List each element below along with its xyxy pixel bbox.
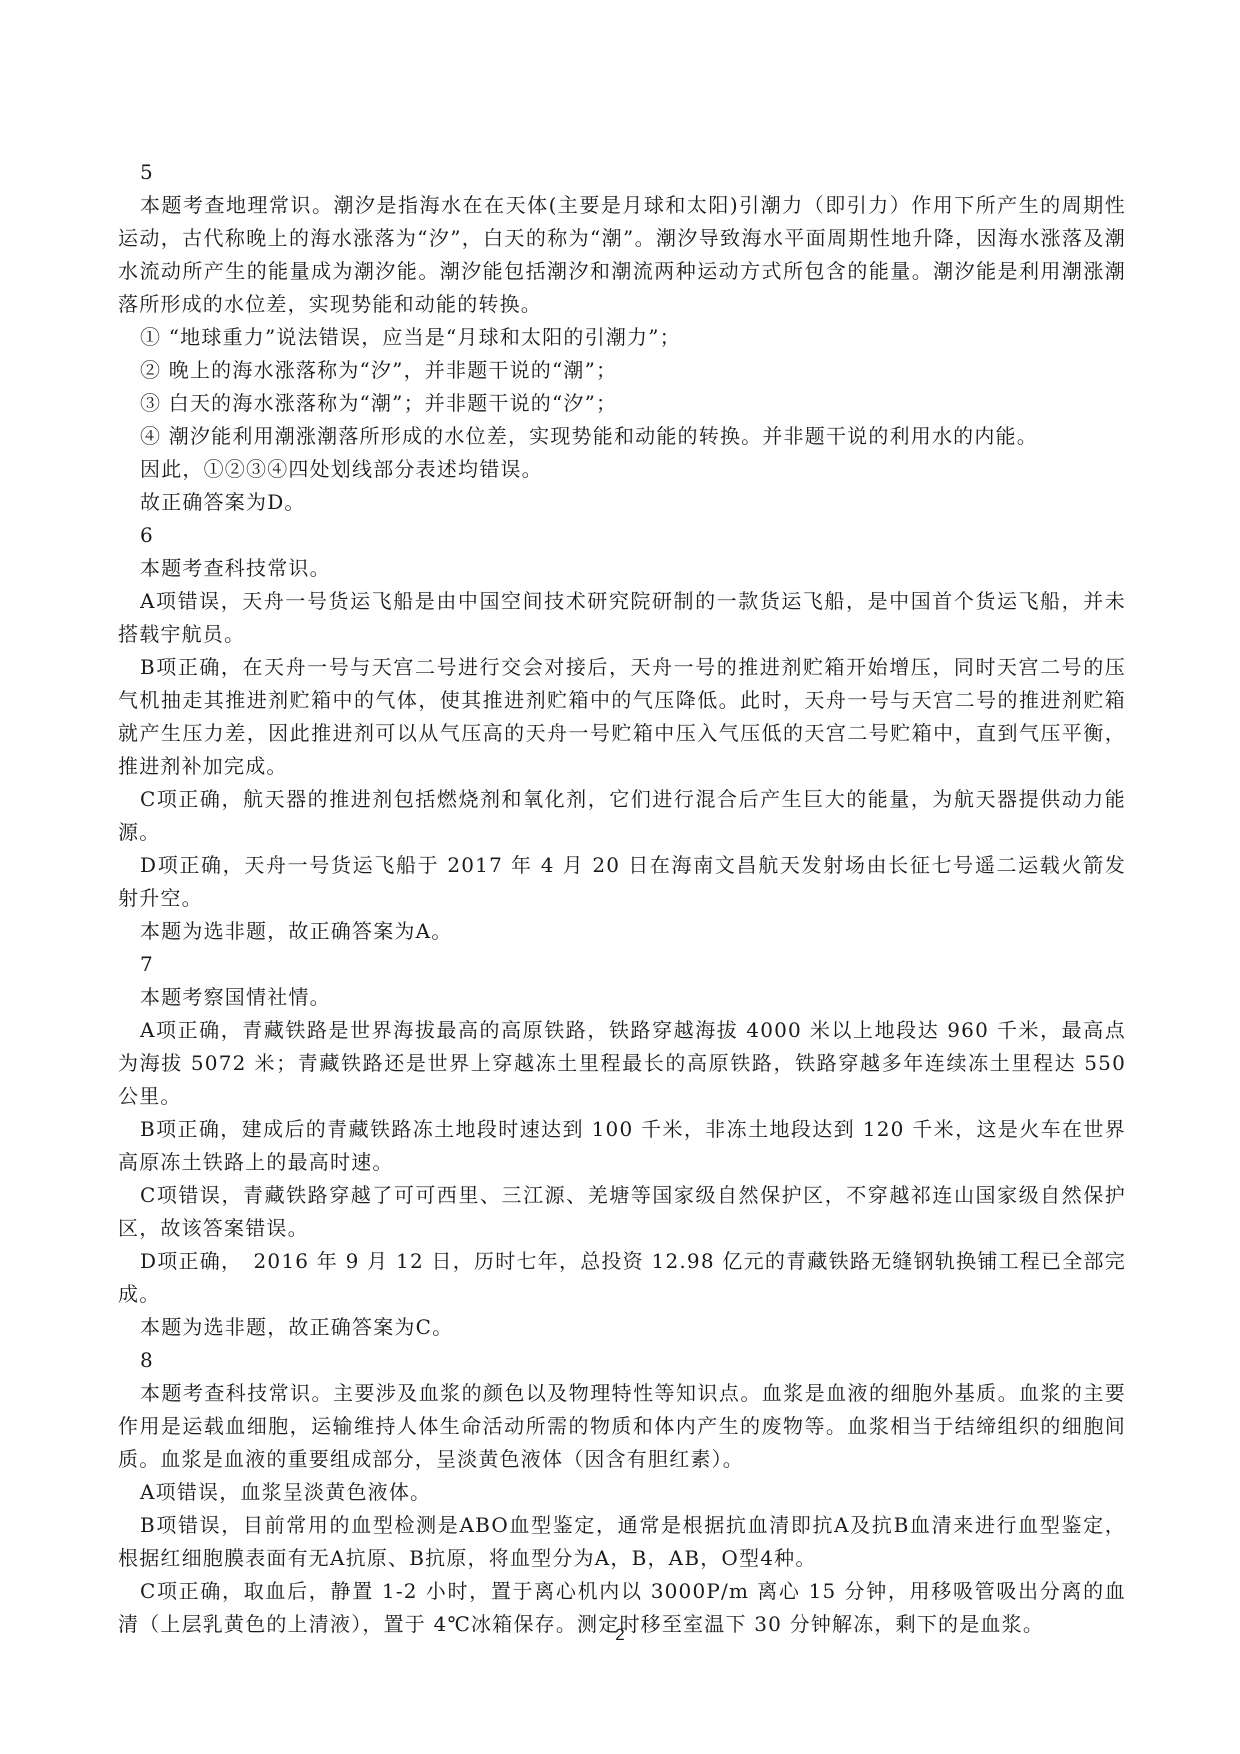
paragraph: 因此，①②③④四处划线部分表述均错误。 [118,453,1126,486]
option-explanation: A项错误，血浆呈淡黄色液体。 [118,1476,1126,1509]
question-number-5: 5 [118,156,1126,189]
option-explanation: A项正确，青藏铁路是世界海拔最高的高原铁路，铁路穿越海拔 4000 米以上地段达… [118,1014,1126,1113]
paragraph: 本题考查地理常识。潮汐是指海水在在天体(主要是月球和太阳)引潮力（即引力）作用下… [118,189,1126,321]
question-number-8: 8 [118,1344,1126,1377]
list-item: ④ 潮汐能利用潮涨潮落所形成的水位差，实现势能和动能的转换。并非题干说的利用水的… [118,420,1126,453]
list-item: ③ 白天的海水涨落称为“潮”；并非题干说的“汐”； [118,387,1126,420]
paragraph: 本题考查科技常识。主要涉及血浆的颜色以及物理特性等知识点。血浆是血液的细胞外基质… [118,1377,1126,1476]
option-explanation: C项正确，航天器的推进剂包括燃烧剂和氧化剂，它们进行混合后产生巨大的能量，为航天… [118,783,1126,849]
option-explanation: B项正确，在天舟一号与天宫二号进行交会对接后，天舟一号的推进剂贮箱开始增压，同时… [118,651,1126,783]
question-number-7: 7 [118,948,1126,981]
paragraph: 本题考查科技常识。 [118,552,1126,585]
answer-line: 本题为选非题，故正确答案为A。 [118,915,1126,948]
option-explanation: C项错误，青藏铁路穿越了可可西里、三江源、羌塘等国家级自然保护区，不穿越祁连山国… [118,1179,1126,1245]
answer-line: 本题为选非题，故正确答案为C。 [118,1311,1126,1344]
document-page: 5 本题考查地理常识。潮汐是指海水在在天体(主要是月球和太阳)引潮力（即引力）作… [0,0,1240,1754]
paragraph: 本题考察国情社情。 [118,981,1126,1014]
option-explanation: D项正确，天舟一号货运飞船于 2017 年 4 月 20 日在海南文昌航天发射场… [118,849,1126,915]
option-explanation: A项错误，天舟一号货运飞船是由中国空间技术研究院研制的一款货运飞船，是中国首个货… [118,585,1126,651]
option-explanation: B项错误，目前常用的血型检测是ABO血型鉴定，通常是根据抗血清即抗A及抗B血清来… [118,1509,1126,1575]
list-item: ① “地球重力”说法错误，应当是“月球和太阳的引潮力”； [118,321,1126,354]
page-number: 2 [0,1625,1240,1645]
question-number-6: 6 [118,519,1126,552]
option-explanation: D项正确， 2016 年 9 月 12 日，历时七年，总投资 12.98 亿元的… [118,1245,1126,1311]
list-item: ② 晚上的海水涨落称为“汐”，并非题干说的“潮”； [118,354,1126,387]
answer-line: 故正确答案为D。 [118,486,1126,519]
option-explanation: B项正确，建成后的青藏铁路冻土地段时速达到 100 千米，非冻土地段达到 120… [118,1113,1126,1179]
document-body: 5 本题考查地理常识。潮汐是指海水在在天体(主要是月球和太阳)引潮力（即引力）作… [118,156,1126,1641]
